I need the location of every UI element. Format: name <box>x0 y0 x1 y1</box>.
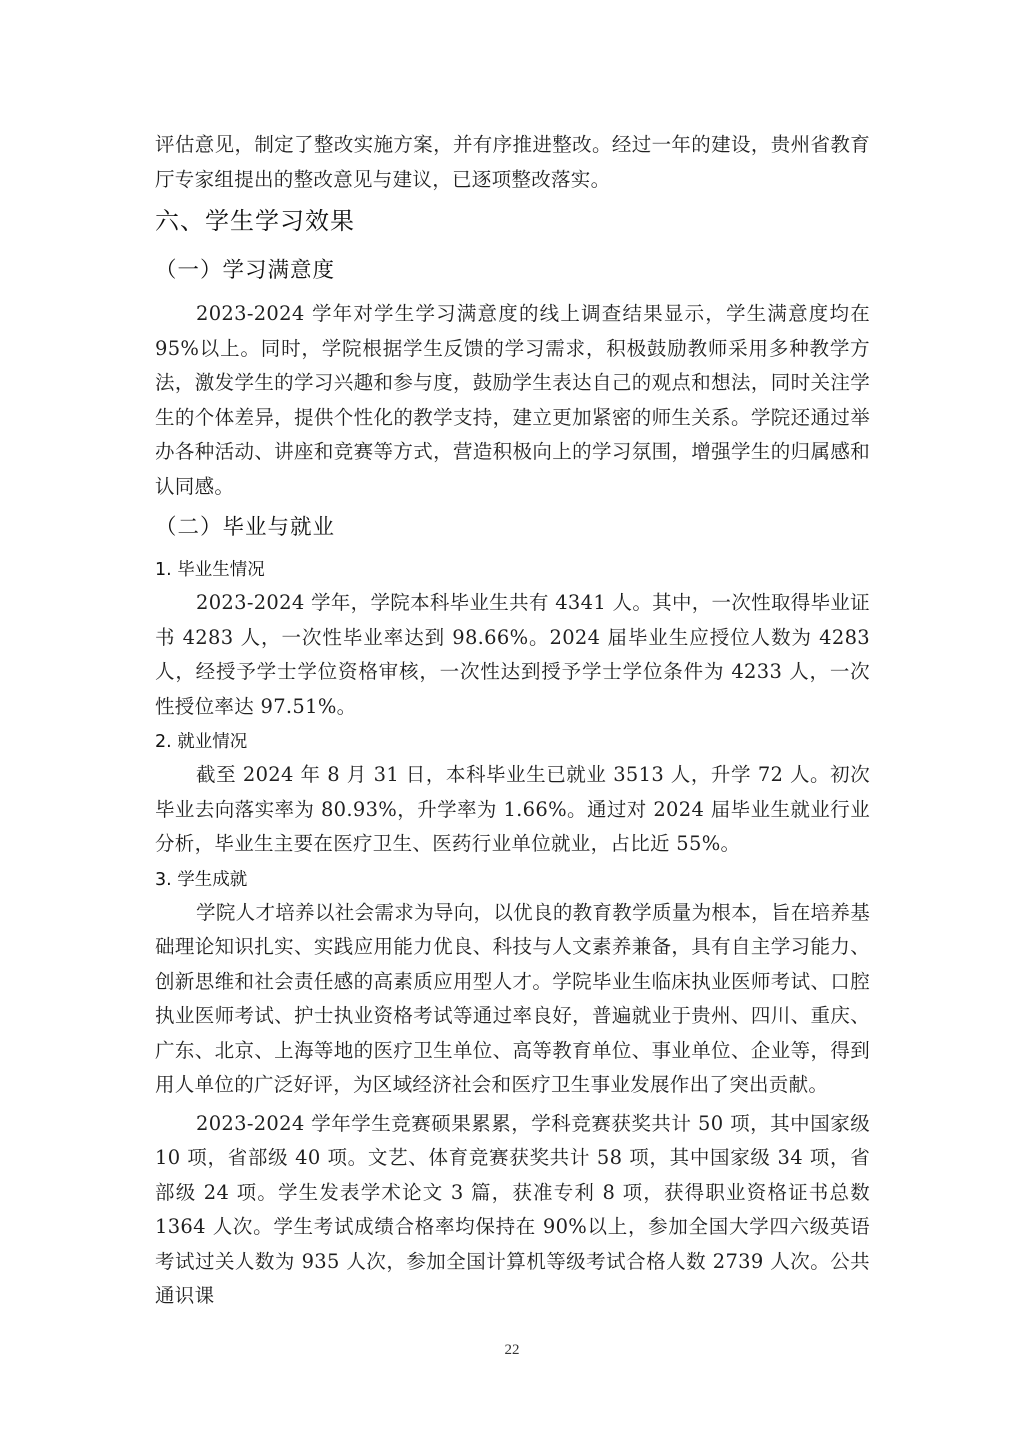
continuation-paragraph: 评估意见，制定了整改实施方案，并有序推进整改。经过一年的建设，贵州省教育厅专家组… <box>155 128 870 197</box>
section-title: 六、学生学习效果 <box>155 197 870 241</box>
heading-achievements: 3. 学生成就 <box>155 862 870 896</box>
graduates-paragraph: 2023-2024 学年，学院本科毕业生共有 4341 人。其中，一次性取得毕业… <box>155 586 870 724</box>
subsection-title-satisfaction: （一）学习满意度 <box>155 241 870 297</box>
heading-employment: 2. 就业情况 <box>155 724 870 758</box>
subsection-title-graduation-employment: （二）毕业与就业 <box>155 504 870 552</box>
document-page: 评估意见，制定了整改实施方案，并有序推进整改。经过一年的建设，贵州省教育厅专家组… <box>155 128 870 1314</box>
page-number: 22 <box>0 1342 1024 1359</box>
achievements-paragraph-2: 2023-2024 学年学生竞赛硕果累累，学科竞赛获奖共计 50 项，其中国家级… <box>155 1107 870 1314</box>
heading-graduates: 1. 毕业生情况 <box>155 552 870 586</box>
satisfaction-paragraph: 2023-2024 学年对学生学习满意度的线上调查结果显示，学生满意度均在95%… <box>155 297 870 504</box>
employment-paragraph: 截至 2024 年 8 月 31 日，本科毕业生已就业 3513 人，升学 72… <box>155 758 870 862</box>
achievements-paragraph-1: 学院人才培养以社会需求为导向，以优良的教育教学质量为根本，旨在培养基础理论知识扎… <box>155 896 870 1103</box>
